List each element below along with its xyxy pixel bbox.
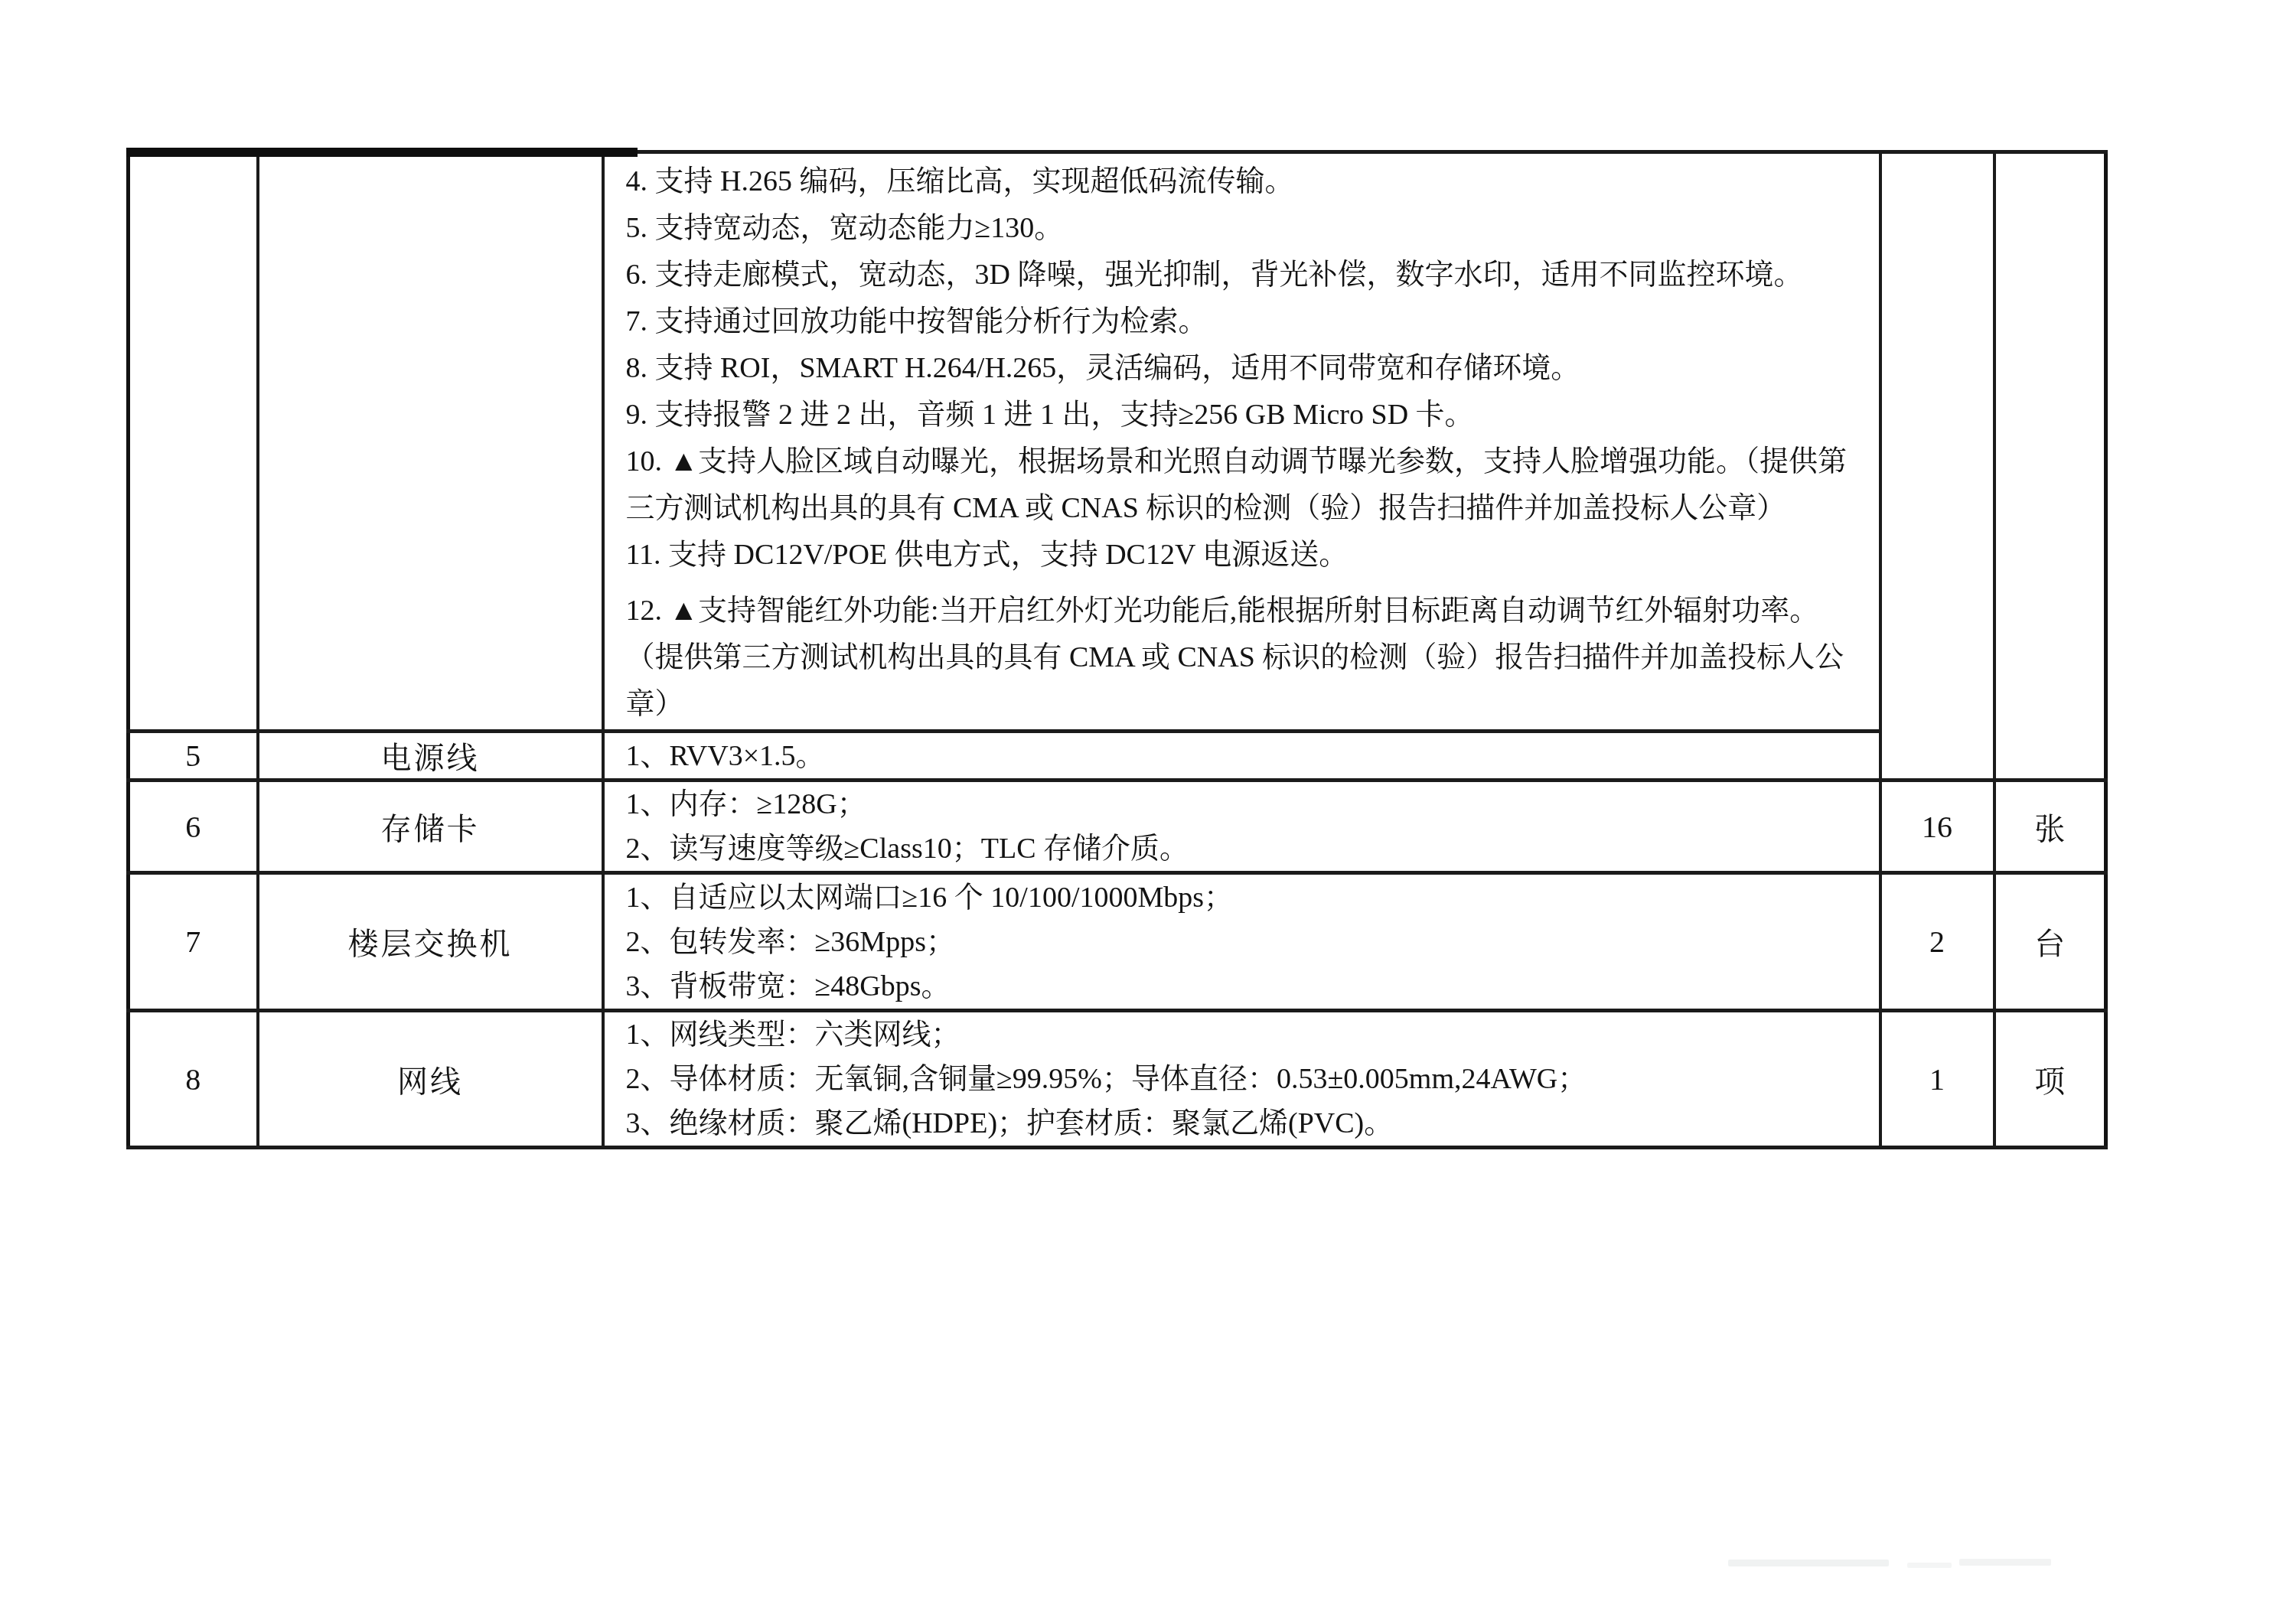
scan-artifact: [1728, 1560, 1889, 1566]
cell-quantity: 1: [1880, 1011, 1994, 1148]
cell-unit: 张: [1994, 781, 2106, 873]
cell-spec: 1、内存：≥128G； 2、读写速度等级≥Class10；TLC 存储介质。: [603, 781, 1880, 873]
spec-item: 3、背板带宽：≥48Gbps。: [626, 964, 1859, 1009]
cell-spec: 1、网线类型：六类网线； 2、导体材质：无氧铜,含铜量≥99.95%；导体直径：…: [603, 1011, 1880, 1148]
scan-artifact: [1907, 1563, 1952, 1568]
cell-name: 网线: [258, 1011, 603, 1148]
spec-item: 6. 支持走廊模式，宽动态，3D 降噪，强光抑制，背光补偿，数字水印，适用不同监…: [626, 252, 1859, 298]
spec-item: 10. ▲支持人脸区域自动曝光，根据场景和光照自动调节曝光参数，支持人脸增强功能…: [626, 438, 1859, 532]
spec-item: 1、内存：≥128G；: [626, 782, 1859, 826]
spec-item: 2、读写速度等级≥Class10；TLC 存储介质。: [626, 826, 1859, 871]
cell-number: 5: [129, 732, 258, 781]
spec-item: 11. 支持 DC12V/POE 供电方式，支持 DC12V 电源返送。: [626, 532, 1859, 579]
equipment-spec-table: 4. 支持 H.265 编码，压缩比高，实现超低码流传输。 5. 支持宽动态，宽…: [126, 150, 2108, 1149]
spec-item: 1、RVV3×1.5。: [626, 734, 1859, 778]
spec-item: 1、自适应以太网端口≥16 个 10/100/1000Mbps；: [626, 875, 1859, 920]
cell-unit-continuation: [1994, 152, 2106, 781]
cell-quantity: 16: [1880, 781, 1994, 873]
cell-spec-continuation: 4. 支持 H.265 编码，压缩比高，实现超低码流传输。 5. 支持宽动态，宽…: [603, 152, 1880, 732]
cell-name: 存储卡: [258, 781, 603, 873]
spec-item: 2、导体材质：无氧铜,含铜量≥99.95%；导体直径：0.53±0.005mm,…: [626, 1057, 1859, 1101]
spec-item: 8. 支持 ROI，SMART H.264/H.265，灵活编码，适用不同带宽和…: [626, 345, 1859, 392]
cell-name: 楼层交换机: [258, 873, 603, 1011]
cell-number: 8: [129, 1011, 258, 1148]
scan-thick-line: [126, 148, 638, 157]
cell-name-continuation: [258, 152, 603, 732]
cell-spec: 1、自适应以太网端口≥16 个 10/100/1000Mbps； 2、包转发率：…: [603, 873, 1880, 1011]
spec-item: 7. 支持通过回放功能中按智能分析行为检索。: [626, 298, 1859, 345]
table-row-5: 5 电源线 1、RVV3×1.5。: [129, 732, 2106, 781]
cell-number: 7: [129, 873, 258, 1011]
table-row-8: 8 网线 1、网线类型：六类网线； 2、导体材质：无氧铜,含铜量≥99.95%；…: [129, 1011, 2106, 1148]
cell-number-continuation: [129, 152, 258, 732]
cell-name: 电源线: [258, 732, 603, 781]
scan-artifact: [1959, 1559, 2051, 1566]
spec-item: 1、网线类型：六类网线；: [626, 1012, 1859, 1057]
cell-number: 6: [129, 781, 258, 873]
cell-unit: 项: [1994, 1011, 2106, 1148]
cell-spec: 1、RVV3×1.5。: [603, 732, 1880, 781]
table-row-continuation: 4. 支持 H.265 编码，压缩比高，实现超低码流传输。 5. 支持宽动态，宽…: [129, 152, 2106, 732]
spec-item: 5. 支持宽动态，宽动态能力≥130。: [626, 205, 1859, 252]
cell-quantity: 2: [1880, 873, 1994, 1011]
cell-unit: 台: [1994, 873, 2106, 1011]
spec-item: 9. 支持报警 2 进 2 出，音频 1 进 1 出，支持≥256 GB Mic…: [626, 392, 1859, 438]
table-row-7: 7 楼层交换机 1、自适应以太网端口≥16 个 10/100/1000Mbps；…: [129, 873, 2106, 1011]
table-row-6: 6 存储卡 1、内存：≥128G； 2、读写速度等级≥Class10；TLC 存…: [129, 781, 2106, 873]
scanned-document-page: 4. 支持 H.265 编码，压缩比高，实现超低码流传输。 5. 支持宽动态，宽…: [0, 0, 2296, 1607]
spec-item: 12. ▲支持智能红外功能:当开启红外灯光功能后,能根据所射目标距离自动调节红外…: [626, 588, 1859, 728]
spec-item: 2、包转发率：≥36Mpps；: [626, 920, 1859, 964]
spec-item: 3、绝缘材质：聚乙烯(HDPE)；护套材质：聚氯乙烯(PVC)。: [626, 1101, 1859, 1146]
cell-quantity-continuation: [1880, 152, 1994, 781]
spec-item: 4. 支持 H.265 编码，压缩比高，实现超低码流传输。: [626, 158, 1859, 205]
